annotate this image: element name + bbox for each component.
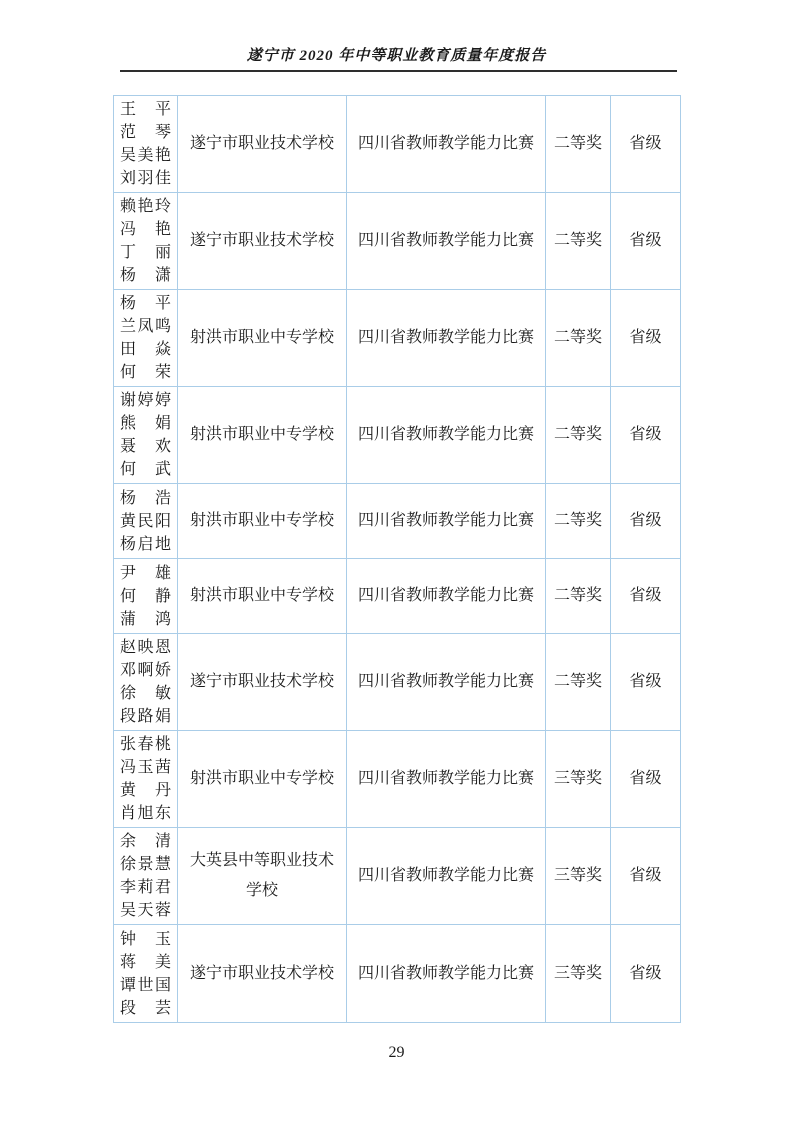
name-char: 君 <box>155 876 171 899</box>
award-cell: 二等奖 <box>546 193 611 290</box>
table-row: 赵映恩邓啊娇徐敏段路娟遂宁市职业技术学校四川省教师教学能力比赛二等奖省级 <box>114 634 681 731</box>
teacher-awards-table: 王平范琴吴美艳刘羽佳遂宁市职业技术学校四川省教师教学能力比赛二等奖省级赖艳玲冯艳… <box>113 95 681 1023</box>
name-char: 蓉 <box>155 899 171 922</box>
school-cell: 射洪市职业中专学校 <box>178 484 347 559</box>
name-char: 冯 <box>120 218 136 241</box>
name-char: 肖 <box>120 802 136 825</box>
person-name: 吴天蓉 <box>120 899 171 922</box>
name-char: 东 <box>155 802 171 825</box>
name-char: 国 <box>155 974 171 997</box>
name-char: 王 <box>120 98 136 121</box>
person-name: 蒲鸿 <box>120 608 171 631</box>
name-char: 莉 <box>137 876 153 899</box>
award-cell: 三等奖 <box>546 828 611 925</box>
person-name: 张春桃 <box>120 733 171 756</box>
person-name: 赵映恩 <box>120 636 171 659</box>
table-row: 王平范琴吴美艳刘羽佳遂宁市职业技术学校四川省教师教学能力比赛二等奖省级 <box>114 96 681 193</box>
name-char: 敏 <box>155 682 171 705</box>
name-char: 段 <box>120 997 136 1020</box>
name-char: 路 <box>137 705 153 728</box>
name-char: 启 <box>137 533 153 556</box>
name-char: 焱 <box>155 338 171 361</box>
table-row: 钟玉蒋美谭世国段芸遂宁市职业技术学校四川省教师教学能力比赛三等奖省级 <box>114 925 681 1023</box>
name-char: 何 <box>120 458 136 481</box>
name-char: 田 <box>120 338 136 361</box>
name-char: 凤 <box>137 315 153 338</box>
name-char: 佳 <box>155 167 171 190</box>
name-char: 邓 <box>120 659 136 682</box>
level-cell: 省级 <box>611 925 681 1023</box>
name-char: 羽 <box>137 167 153 190</box>
level-cell: 省级 <box>611 290 681 387</box>
name-char: 平 <box>155 292 171 315</box>
person-name: 杨启地 <box>120 533 171 556</box>
name-char: 范 <box>120 121 136 144</box>
name-char: 段 <box>120 705 136 728</box>
name-char: 蒲 <box>120 608 136 631</box>
name-char: 旭 <box>137 802 153 825</box>
competition-cell: 四川省教师教学能力比赛 <box>347 731 546 828</box>
award-cell: 三等奖 <box>546 925 611 1023</box>
person-name: 冯玉茜 <box>120 756 171 779</box>
name-char: 武 <box>155 458 171 481</box>
name-char: 吴 <box>120 144 136 167</box>
school-cell: 大英县中等职业技术学校 <box>178 828 347 925</box>
name-char: 尹 <box>120 562 136 585</box>
person-name: 谢婷婷 <box>120 389 171 412</box>
name-char: 聂 <box>120 435 136 458</box>
person-name: 何荣 <box>120 361 171 384</box>
name-char: 刘 <box>120 167 136 190</box>
name-char: 桃 <box>155 733 171 756</box>
names-cell: 杨浩黄民阳杨启地 <box>114 484 178 559</box>
person-name: 冯艳 <box>120 218 171 241</box>
competition-cell: 四川省教师教学能力比赛 <box>347 925 546 1023</box>
name-char: 清 <box>155 830 171 853</box>
name-char: 艳 <box>155 144 171 167</box>
competition-cell: 四川省教师教学能力比赛 <box>347 559 546 634</box>
school-cell: 遂宁市职业技术学校 <box>178 193 347 290</box>
person-name: 邓啊娇 <box>120 659 171 682</box>
person-name: 尹雄 <box>120 562 171 585</box>
name-char: 欢 <box>155 435 171 458</box>
name-char: 娟 <box>155 412 171 435</box>
names-cell: 杨平兰凤鸣田焱何荣 <box>114 290 178 387</box>
level-cell: 省级 <box>611 193 681 290</box>
competition-cell: 四川省教师教学能力比赛 <box>347 484 546 559</box>
name-char: 艳 <box>137 195 153 218</box>
person-name: 何武 <box>120 458 171 481</box>
person-name: 余清 <box>120 830 171 853</box>
name-char: 徐 <box>120 853 136 876</box>
name-char: 荣 <box>155 361 171 384</box>
name-char: 丽 <box>155 241 171 264</box>
name-char: 景 <box>137 853 153 876</box>
name-char: 赵 <box>120 636 136 659</box>
name-char: 恩 <box>155 636 171 659</box>
table-row: 杨浩黄民阳杨启地射洪市职业中专学校四川省教师教学能力比赛二等奖省级 <box>114 484 681 559</box>
name-char: 冯 <box>120 756 136 779</box>
level-cell: 省级 <box>611 387 681 484</box>
table-row: 谢婷婷熊娟聂欢何武射洪市职业中专学校四川省教师教学能力比赛二等奖省级 <box>114 387 681 484</box>
person-name: 肖旭东 <box>120 802 171 825</box>
name-char: 美 <box>155 951 171 974</box>
name-char: 丁 <box>120 241 136 264</box>
award-cell: 二等奖 <box>546 290 611 387</box>
award-cell: 二等奖 <box>546 484 611 559</box>
name-char: 玲 <box>155 195 171 218</box>
page-header-title: 遂宁市 2020 年中等职业教育质量年度报告 <box>0 44 793 65</box>
name-char: 婷 <box>155 389 171 412</box>
person-name: 赖艳玲 <box>120 195 171 218</box>
person-name: 杨潇 <box>120 264 171 287</box>
name-char: 赖 <box>120 195 136 218</box>
names-cell: 王平范琴吴美艳刘羽佳 <box>114 96 178 193</box>
person-name: 段路娟 <box>120 705 171 728</box>
names-cell: 尹雄何静蒲鸿 <box>114 559 178 634</box>
person-name: 蒋美 <box>120 951 171 974</box>
names-cell: 钟玉蒋美谭世国段芸 <box>114 925 178 1023</box>
person-name: 谭世国 <box>120 974 171 997</box>
name-char: 熊 <box>120 412 136 435</box>
name-char: 民 <box>137 510 153 533</box>
award-cell: 三等奖 <box>546 731 611 828</box>
name-char: 艳 <box>155 218 171 241</box>
school-cell: 遂宁市职业技术学校 <box>178 634 347 731</box>
school-cell: 射洪市职业中专学校 <box>178 731 347 828</box>
school-cell: 射洪市职业中专学校 <box>178 290 347 387</box>
document-page: 遂宁市 2020 年中等职业教育质量年度报告 王平范琴吴美艳刘羽佳遂宁市职业技术… <box>0 0 793 1122</box>
name-char: 谭 <box>120 974 136 997</box>
name-char: 杨 <box>120 533 136 556</box>
person-name: 丁丽 <box>120 241 171 264</box>
competition-cell: 四川省教师教学能力比赛 <box>347 290 546 387</box>
name-char: 何 <box>120 585 136 608</box>
person-name: 杨平 <box>120 292 171 315</box>
person-name: 聂欢 <box>120 435 171 458</box>
competition-cell: 四川省教师教学能力比赛 <box>347 96 546 193</box>
name-char: 杨 <box>120 487 136 510</box>
level-cell: 省级 <box>611 96 681 193</box>
school-cell: 射洪市职业中专学校 <box>178 559 347 634</box>
name-char: 鸣 <box>155 315 171 338</box>
person-name: 黄丹 <box>120 779 171 802</box>
name-char: 地 <box>155 533 171 556</box>
school-cell: 遂宁市职业技术学校 <box>178 925 347 1023</box>
name-char: 玉 <box>155 928 171 951</box>
competition-cell: 四川省教师教学能力比赛 <box>347 193 546 290</box>
award-cell: 二等奖 <box>546 96 611 193</box>
award-cell: 二等奖 <box>546 387 611 484</box>
name-char: 蒋 <box>120 951 136 974</box>
table-row: 杨平兰凤鸣田焱何荣射洪市职业中专学校四川省教师教学能力比赛二等奖省级 <box>114 290 681 387</box>
table-body: 王平范琴吴美艳刘羽佳遂宁市职业技术学校四川省教师教学能力比赛二等奖省级赖艳玲冯艳… <box>114 96 681 1023</box>
name-char: 美 <box>137 144 153 167</box>
school-cell: 遂宁市职业技术学校 <box>178 96 347 193</box>
name-char: 杨 <box>120 292 136 315</box>
school-cell: 射洪市职业中专学校 <box>178 387 347 484</box>
name-char: 娇 <box>155 659 171 682</box>
name-char: 慧 <box>155 853 171 876</box>
name-char: 李 <box>120 876 136 899</box>
name-char: 琴 <box>155 121 171 144</box>
header-rule <box>120 70 677 72</box>
names-cell: 张春桃冯玉茜黄丹肖旭东 <box>114 731 178 828</box>
person-name: 吴美艳 <box>120 144 171 167</box>
person-name: 钟玉 <box>120 928 171 951</box>
name-char: 静 <box>155 585 171 608</box>
person-name: 黄民阳 <box>120 510 171 533</box>
level-cell: 省级 <box>611 731 681 828</box>
names-cell: 赵映恩邓啊娇徐敏段路娟 <box>114 634 178 731</box>
person-name: 何静 <box>120 585 171 608</box>
level-cell: 省级 <box>611 559 681 634</box>
level-cell: 省级 <box>611 634 681 731</box>
person-name: 徐敏 <box>120 682 171 705</box>
level-cell: 省级 <box>611 828 681 925</box>
name-char: 丹 <box>155 779 171 802</box>
name-char: 杨 <box>120 264 136 287</box>
name-char: 芸 <box>155 997 171 1020</box>
award-cell: 二等奖 <box>546 634 611 731</box>
name-char: 谢 <box>120 389 136 412</box>
name-char: 世 <box>137 974 153 997</box>
level-cell: 省级 <box>611 484 681 559</box>
table-row: 张春桃冯玉茜黄丹肖旭东射洪市职业中专学校四川省教师教学能力比赛三等奖省级 <box>114 731 681 828</box>
award-cell: 二等奖 <box>546 559 611 634</box>
name-char: 浩 <box>155 487 171 510</box>
person-name: 段芸 <box>120 997 171 1020</box>
name-char: 映 <box>137 636 153 659</box>
name-char: 张 <box>120 733 136 756</box>
name-char: 啊 <box>137 659 153 682</box>
table-row: 余清徐景慧李莉君吴天蓉大英县中等职业技术学校四川省教师教学能力比赛三等奖省级 <box>114 828 681 925</box>
person-name: 王平 <box>120 98 171 121</box>
table-row: 尹雄何静蒲鸿射洪市职业中专学校四川省教师教学能力比赛二等奖省级 <box>114 559 681 634</box>
name-char: 兰 <box>120 315 136 338</box>
competition-cell: 四川省教师教学能力比赛 <box>347 634 546 731</box>
page-number: 29 <box>0 1044 793 1062</box>
name-char: 吴 <box>120 899 136 922</box>
person-name: 田焱 <box>120 338 171 361</box>
name-char: 钟 <box>120 928 136 951</box>
name-char: 余 <box>120 830 136 853</box>
competition-cell: 四川省教师教学能力比赛 <box>347 828 546 925</box>
name-char: 徐 <box>120 682 136 705</box>
name-char: 茜 <box>155 756 171 779</box>
person-name: 熊娟 <box>120 412 171 435</box>
name-char: 春 <box>137 733 153 756</box>
name-char: 天 <box>137 899 153 922</box>
table-row: 赖艳玲冯艳丁丽杨潇遂宁市职业技术学校四川省教师教学能力比赛二等奖省级 <box>114 193 681 290</box>
name-char: 黄 <box>120 510 136 533</box>
name-char: 玉 <box>137 756 153 779</box>
name-char: 阳 <box>155 510 171 533</box>
name-char: 黄 <box>120 779 136 802</box>
person-name: 徐景慧 <box>120 853 171 876</box>
name-char: 鸿 <box>155 608 171 631</box>
person-name: 范琴 <box>120 121 171 144</box>
person-name: 刘羽佳 <box>120 167 171 190</box>
person-name: 杨浩 <box>120 487 171 510</box>
person-name: 兰凤鸣 <box>120 315 171 338</box>
name-char: 何 <box>120 361 136 384</box>
names-cell: 谢婷婷熊娟聂欢何武 <box>114 387 178 484</box>
name-char: 平 <box>155 98 171 121</box>
name-char: 娟 <box>155 705 171 728</box>
names-cell: 赖艳玲冯艳丁丽杨潇 <box>114 193 178 290</box>
person-name: 李莉君 <box>120 876 171 899</box>
name-char: 潇 <box>155 264 171 287</box>
competition-cell: 四川省教师教学能力比赛 <box>347 387 546 484</box>
names-cell: 余清徐景慧李莉君吴天蓉 <box>114 828 178 925</box>
name-char: 雄 <box>155 562 171 585</box>
name-char: 婷 <box>137 389 153 412</box>
